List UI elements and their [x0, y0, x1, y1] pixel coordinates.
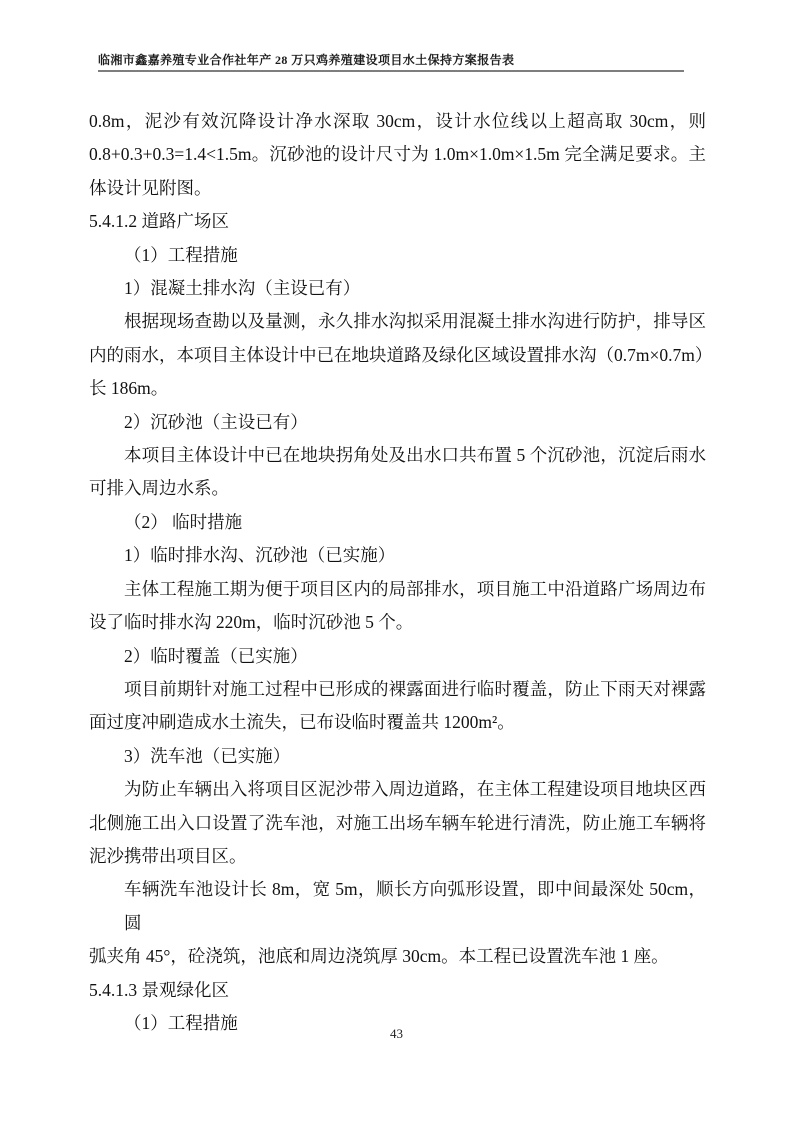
- section-heading: 5.4.1.3 景观绿化区: [89, 974, 706, 1007]
- text-line: 项目前期针对施工过程中已形成的裸露面进行临时覆盖，防止下雨天对裸露: [89, 673, 706, 706]
- page-header: 临湘市鑫嘉养殖专业合作社年产 28 万只鸡养殖建设项目水土保持方案报告表: [98, 53, 684, 72]
- text-line: 0.8m，泥沙有效沉降设计净水深取 30cm，设计水位线以上超高取 30cm，则: [89, 105, 706, 138]
- text-line: 可排入周边水系。: [89, 472, 706, 505]
- sub-heading: 2）沉砂池（主设已有）: [89, 406, 706, 439]
- text-line: 本项目主体设计中已在地块拐角处及出水口共布置 5 个沉砂池，沉淀后雨水: [89, 439, 706, 472]
- text-line: 为防止车辆出入将项目区泥沙带入周边道路，在主体工程建设项目地块区西: [89, 773, 706, 806]
- header-title: 临湘市鑫嘉养殖专业合作社年产 28 万只鸡养殖建设项目水土保持方案报告表: [98, 53, 684, 68]
- sub-heading: 1）混凝土排水沟（主设已有）: [89, 272, 706, 305]
- document-body: 0.8m，泥沙有效沉降设计净水深取 30cm，设计水位线以上超高取 30cm，则…: [89, 105, 706, 1040]
- text-line: 主体工程施工期为便于项目区内的局部排水，项目施工中沿道路广场周边布: [89, 573, 706, 606]
- text-line: 根据现场查勘以及量测，永久排水沟拟采用混凝土排水沟进行防护，排导区: [89, 305, 706, 338]
- text-line: 设了临时排水沟 220m，临时沉砂池 5 个。: [89, 606, 706, 639]
- text-line: 弧夹角 45°，砼浇筑，池底和周边浇筑厚 30cm。本工程已设置洗车池 1 座。: [89, 940, 706, 973]
- page-number: 43: [390, 1026, 403, 1041]
- sub-heading: 1）临时排水沟、沉砂池（已实施）: [89, 539, 706, 572]
- text-line: 泥沙携带出项目区。: [89, 840, 706, 873]
- text-line: 车辆洗车池设计长 8m，宽 5m，顺长方向弧形设置，即中间最深处 50cm，圆: [89, 873, 706, 940]
- text-line: 体设计见附图。: [89, 172, 706, 205]
- document-page: 临湘市鑫嘉养殖专业合作社年产 28 万只鸡养殖建设项目水土保持方案报告表 0.8…: [0, 0, 793, 1122]
- sub-heading: 3）洗车池（已实施）: [89, 740, 706, 773]
- text-line: 内的雨水，本项目主体设计中已在地块道路及绿化区域设置排水沟（0.7m×0.7m）: [89, 339, 706, 372]
- page-footer: 43: [0, 1026, 793, 1042]
- text-line: 面过度冲刷造成水土流失，已布设临时覆盖共 1200m²。: [89, 706, 706, 739]
- section-heading: 5.4.1.2 道路广场区: [89, 205, 706, 238]
- text-line: 0.8+0.3+0.3=1.4<1.5m。沉砂池的设计尺寸为 1.0m×1.0m…: [89, 138, 706, 171]
- text-line: 长 186m。: [89, 372, 706, 405]
- sub-heading: （1）工程措施: [89, 239, 706, 272]
- sub-heading: 2）临时覆盖（已实施）: [89, 640, 706, 673]
- text-line: 北侧施工出入口设置了洗车池，对施工出场车辆车轮进行清洗，防止施工车辆将: [89, 807, 706, 840]
- header-rule: [98, 70, 684, 72]
- sub-heading: （2） 临时措施: [89, 506, 706, 539]
